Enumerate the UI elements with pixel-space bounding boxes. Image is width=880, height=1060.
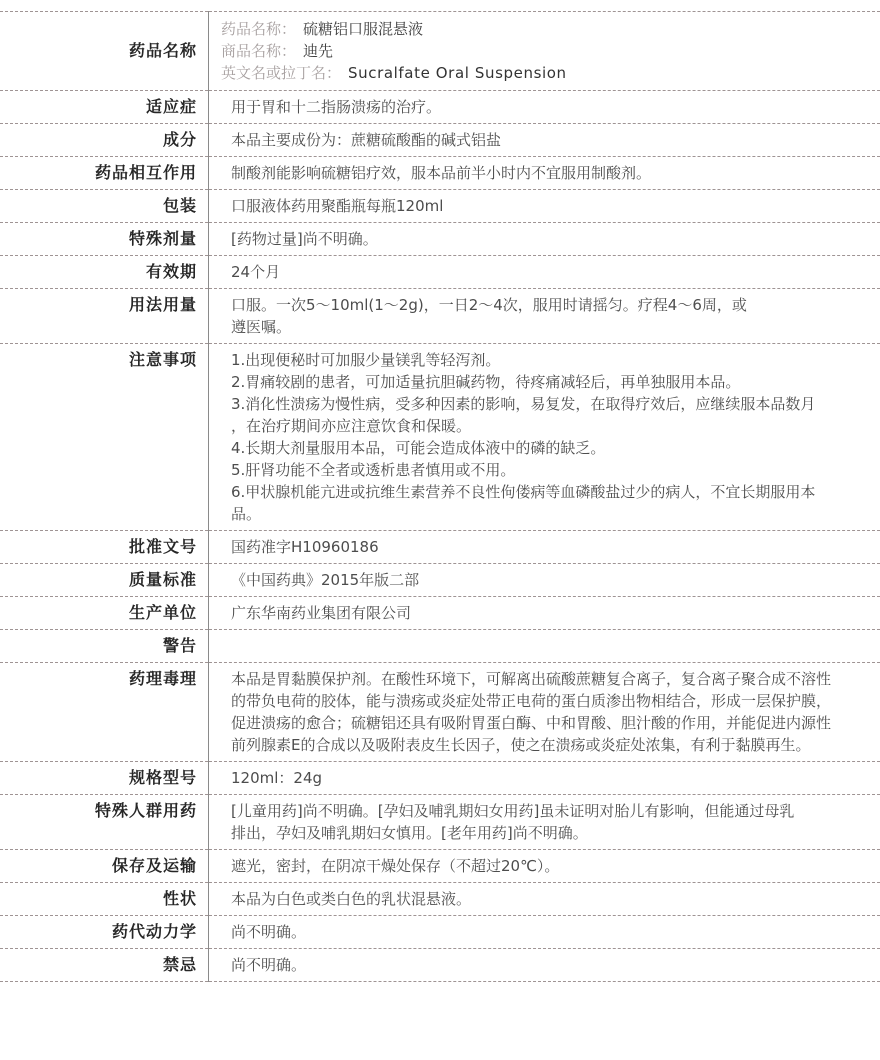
table-row-description: 性状 本品为白色或类白色的乳状混悬液。 <box>0 883 880 916</box>
table-row-contraindications: 禁忌 尚不明确。 <box>0 949 880 982</box>
field-key: 药品名称： <box>221 20 296 38</box>
field-value: 迪先 <box>303 42 333 60</box>
row-label: 规格型号 <box>0 762 209 795</box>
table-row-drug-name: 药品名称 药品名称：硫糖铝口服混悬液 商品名称：迪先 英文名或拉丁名：Sucra… <box>0 12 880 91</box>
row-content: 120ml：24g <box>209 762 880 795</box>
row-content <box>209 630 880 663</box>
row-label: 用法用量 <box>0 289 209 344</box>
row-content: 本品为白色或类白色的乳状混悬液。 <box>209 883 880 916</box>
table-row-warning: 警告 <box>0 630 880 663</box>
row-label: 药品相互作用 <box>0 157 209 190</box>
row-label: 质量标准 <box>0 564 209 597</box>
table-row-special-populations: 特殊人群用药 [儿童用药]尚不明确。[孕妇及哺乳期妇女用药]虽未证明对胎儿有影响… <box>0 795 880 850</box>
row-content: 24个月 <box>209 256 880 289</box>
row-content: 国药准字H10960186 <box>209 531 880 564</box>
field-value: 硫糖铝口服混悬液 <box>303 20 423 38</box>
field-key: 英文名或拉丁名： <box>221 64 341 82</box>
table-row-interactions: 药品相互作用 制酸剂能影响硫糖铝疗效，服本品前半小时内不宜服用制酸剂。 <box>0 157 880 190</box>
row-label: 批准文号 <box>0 531 209 564</box>
row-label: 注意事项 <box>0 344 209 531</box>
row-content: 口服。一次5～10ml(1～2g)，一日2～4次，服用时请摇匀。疗程4～6周，或… <box>209 289 880 344</box>
table-row-storage-transport: 保存及运输 遮光，密封，在阴凉干燥处保存（不超过20℃）。 <box>0 850 880 883</box>
row-content: 本品是胃黏膜保护剂。在酸性环境下，可解离出硫酸蔗糖复合离子，复合离子聚合成不溶性… <box>209 663 880 762</box>
row-content: [药物过量]尚不明确。 <box>209 223 880 256</box>
row-label: 适应症 <box>0 91 209 124</box>
row-content: 本品主要成份为：蔗糖硫酸酯的碱式铝盐 <box>209 124 880 157</box>
row-content: 尚不明确。 <box>209 916 880 949</box>
table-row-quality-standard: 质量标准 《中国药典》2015年版二部 <box>0 564 880 597</box>
table-row-shelf-life: 有效期 24个月 <box>0 256 880 289</box>
row-content: 广东华南药业集团有限公司 <box>209 597 880 630</box>
row-content: 用于胃和十二指肠溃疡的治疗。 <box>209 91 880 124</box>
row-label: 包装 <box>0 190 209 223</box>
table-row-packaging: 包装 口服液体药用聚酯瓶每瓶120ml <box>0 190 880 223</box>
row-content: 1.出现便秘时可加服少量镁乳等轻泻剂。 2.胃痛较剧的患者，可加适量抗胆碱药物，… <box>209 344 880 531</box>
table-row-precautions: 注意事项 1.出现便秘时可加服少量镁乳等轻泻剂。 2.胃痛较剧的患者，可加适量抗… <box>0 344 880 531</box>
row-label: 特殊剂量 <box>0 223 209 256</box>
row-label: 性状 <box>0 883 209 916</box>
table-row-ingredients: 成分 本品主要成份为：蔗糖硫酸酯的碱式铝盐 <box>0 124 880 157</box>
table-row-special-dosage: 特殊剂量 [药物过量]尚不明确。 <box>0 223 880 256</box>
row-content: 药品名称：硫糖铝口服混悬液 商品名称：迪先 英文名或拉丁名：Sucralfate… <box>209 12 880 91</box>
table-row-dosage-usage: 用法用量 口服。一次5～10ml(1～2g)，一日2～4次，服用时请摇匀。疗程4… <box>0 289 880 344</box>
row-label: 药理毒理 <box>0 663 209 762</box>
table-row-pharmacokinetics: 药代动力学 尚不明确。 <box>0 916 880 949</box>
row-label: 警告 <box>0 630 209 663</box>
row-content: 遮光，密封，在阴凉干燥处保存（不超过20℃）。 <box>209 850 880 883</box>
row-label: 生产单位 <box>0 597 209 630</box>
row-content: 《中国药典》2015年版二部 <box>209 564 880 597</box>
drug-info-table: 药品名称 药品名称：硫糖铝口服混悬液 商品名称：迪先 英文名或拉丁名：Sucra… <box>0 11 880 982</box>
table-row-approval-number: 批准文号 国药准字H10960186 <box>0 531 880 564</box>
row-label: 成分 <box>0 124 209 157</box>
row-label: 保存及运输 <box>0 850 209 883</box>
row-content: 尚不明确。 <box>209 949 880 982</box>
english-name-line: 英文名或拉丁名：Sucralfate Oral Suspension <box>221 62 862 84</box>
row-label: 药品名称 <box>0 12 209 91</box>
row-content: 口服液体药用聚酯瓶每瓶120ml <box>209 190 880 223</box>
drug-name-line: 药品名称：硫糖铝口服混悬液 <box>221 18 862 40</box>
table-row-indications: 适应症 用于胃和十二指肠溃疡的治疗。 <box>0 91 880 124</box>
field-value: Sucralfate Oral Suspension <box>348 64 567 82</box>
table-row-pharmacology-toxicology: 药理毒理 本品是胃黏膜保护剂。在酸性环境下，可解离出硫酸蔗糖复合离子，复合离子聚… <box>0 663 880 762</box>
row-label: 有效期 <box>0 256 209 289</box>
row-content: 制酸剂能影响硫糖铝疗效，服本品前半小时内不宜服用制酸剂。 <box>209 157 880 190</box>
row-label: 药代动力学 <box>0 916 209 949</box>
row-label: 禁忌 <box>0 949 209 982</box>
table-row-specification: 规格型号 120ml：24g <box>0 762 880 795</box>
trade-name-line: 商品名称：迪先 <box>221 40 862 62</box>
field-key: 商品名称： <box>221 42 296 60</box>
row-content: [儿童用药]尚不明确。[孕妇及哺乳期妇女用药]虽未证明对胎儿有影响，但能通过母乳… <box>209 795 880 850</box>
table-row-manufacturer: 生产单位 广东华南药业集团有限公司 <box>0 597 880 630</box>
drug-info-page: 药品名称 药品名称：硫糖铝口服混悬液 商品名称：迪先 英文名或拉丁名：Sucra… <box>0 0 880 982</box>
row-label: 特殊人群用药 <box>0 795 209 850</box>
